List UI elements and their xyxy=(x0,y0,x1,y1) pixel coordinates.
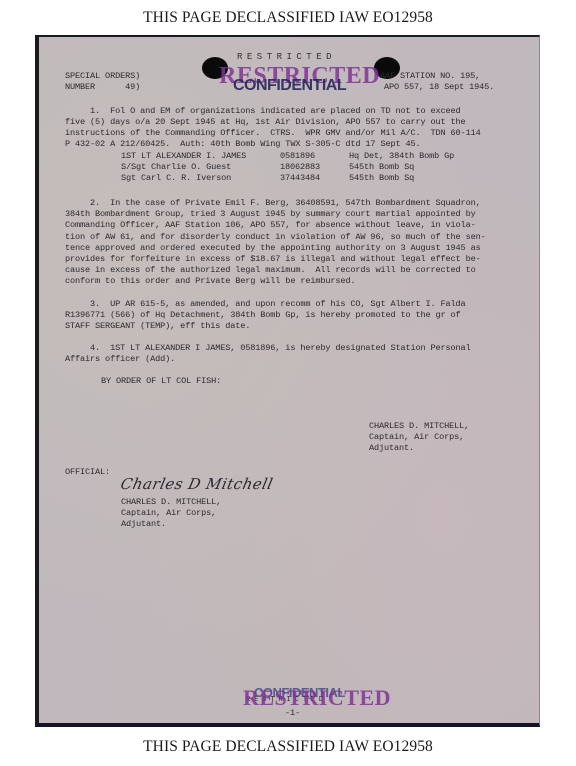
document-page: RESTRICTED RESTRICTED CONFIDENTIAL SPECI… xyxy=(35,35,540,727)
page-number: -1- xyxy=(285,708,300,720)
personnel-name: S/Sgt Charlie O. Guest xyxy=(121,162,231,174)
para2-line: cause in excess of the authorized legal … xyxy=(65,265,476,277)
para4-line: 4. 1ST LT ALEXANDER I JAMES, 0581896, is… xyxy=(65,343,471,355)
personnel-unit: Hq Det, 384th Bomb Gp xyxy=(349,151,454,163)
para2-line: tence approved and ordered executed by t… xyxy=(65,243,481,255)
para2-line: Commanding Officer, AAF Station 106, APO… xyxy=(65,220,476,232)
signer-title: Adjutant. xyxy=(121,519,166,531)
signer-rank: Captain, Air Corps, xyxy=(121,508,216,520)
special-orders-label: SPECIAL ORDERS) xyxy=(65,71,140,83)
signer-name: CHARLES D. MITCHELL, xyxy=(121,497,221,509)
para3-line: R1396771 (566) of Hq Detachment, 384th B… xyxy=(65,310,461,322)
para2-line: tion of AW 61, and for disorderly conduc… xyxy=(65,232,486,244)
para1-line: 1. Fol O and EM of organizations indicat… xyxy=(65,106,461,118)
para2-line: conform to this order and Private Berg w… xyxy=(65,276,355,288)
personnel-name: Sgt Carl C. R. Iverson xyxy=(121,173,231,185)
signer-rank: Captain, Air Corps, xyxy=(369,432,464,444)
classification-header: RESTRICTED xyxy=(237,52,336,62)
personnel-name: 1ST LT ALEXANDER I. JAMES xyxy=(121,151,246,163)
para2-line: provides for forfeiture in excess of $18… xyxy=(65,254,481,266)
para1-line: five (5) days o/a 20 Sept 1945 at Hq, 1s… xyxy=(65,117,466,129)
personnel-unit: 545th Bomb Sq xyxy=(349,162,414,174)
para2-line: 2. In the case of Private Emil F. Berg, … xyxy=(65,198,481,210)
para1-line: instructions of the Commanding Officer. … xyxy=(65,128,481,140)
personnel-serial: 37443484 xyxy=(280,173,320,185)
declassified-banner-top: THIS PAGE DECLASSIFIED IAW EO12958 xyxy=(0,9,576,27)
station-line: AAF STATION NO. 195, xyxy=(380,71,480,83)
para2-line: 384th Bombardment Group, tried 3 August … xyxy=(65,209,476,221)
declassified-banner-bottom: THIS PAGE DECLASSIFIED IAW EO12958 xyxy=(0,738,576,756)
order-number: NUMBER 49) xyxy=(65,82,140,94)
personnel-unit: 545th Bomb Sq xyxy=(349,173,414,185)
signer-name: CHARLES D. MITCHELL, xyxy=(369,421,469,433)
para3-line: STAFF SERGEANT (TEMP), eff this date. xyxy=(65,321,250,333)
para4-line: Affairs officer (Add). xyxy=(65,354,175,366)
by-order-line: BY ORDER OF LT COL FISH: xyxy=(101,376,221,388)
personnel-serial: 18062883 xyxy=(280,162,320,174)
handwritten-signature: Charles D Mitchell xyxy=(119,475,275,493)
para1-line: P 432-02 A 212/60425. Auth: 40th Bomb Wi… xyxy=(65,139,421,151)
personnel-serial: 0581896 xyxy=(280,151,315,163)
signer-title: Adjutant. xyxy=(369,443,414,455)
confidential-stamp-top: CONFIDENTIAL xyxy=(233,77,346,95)
apo-date-line: APO 557, 18 Sept 1945. xyxy=(384,82,494,94)
para3-line: 3. UP AR 615-5, as amended, and upon rec… xyxy=(65,299,466,311)
restricted-stamp-bottom: RESTRICTED xyxy=(243,685,391,711)
official-label: OFFICIAL: xyxy=(65,467,110,479)
